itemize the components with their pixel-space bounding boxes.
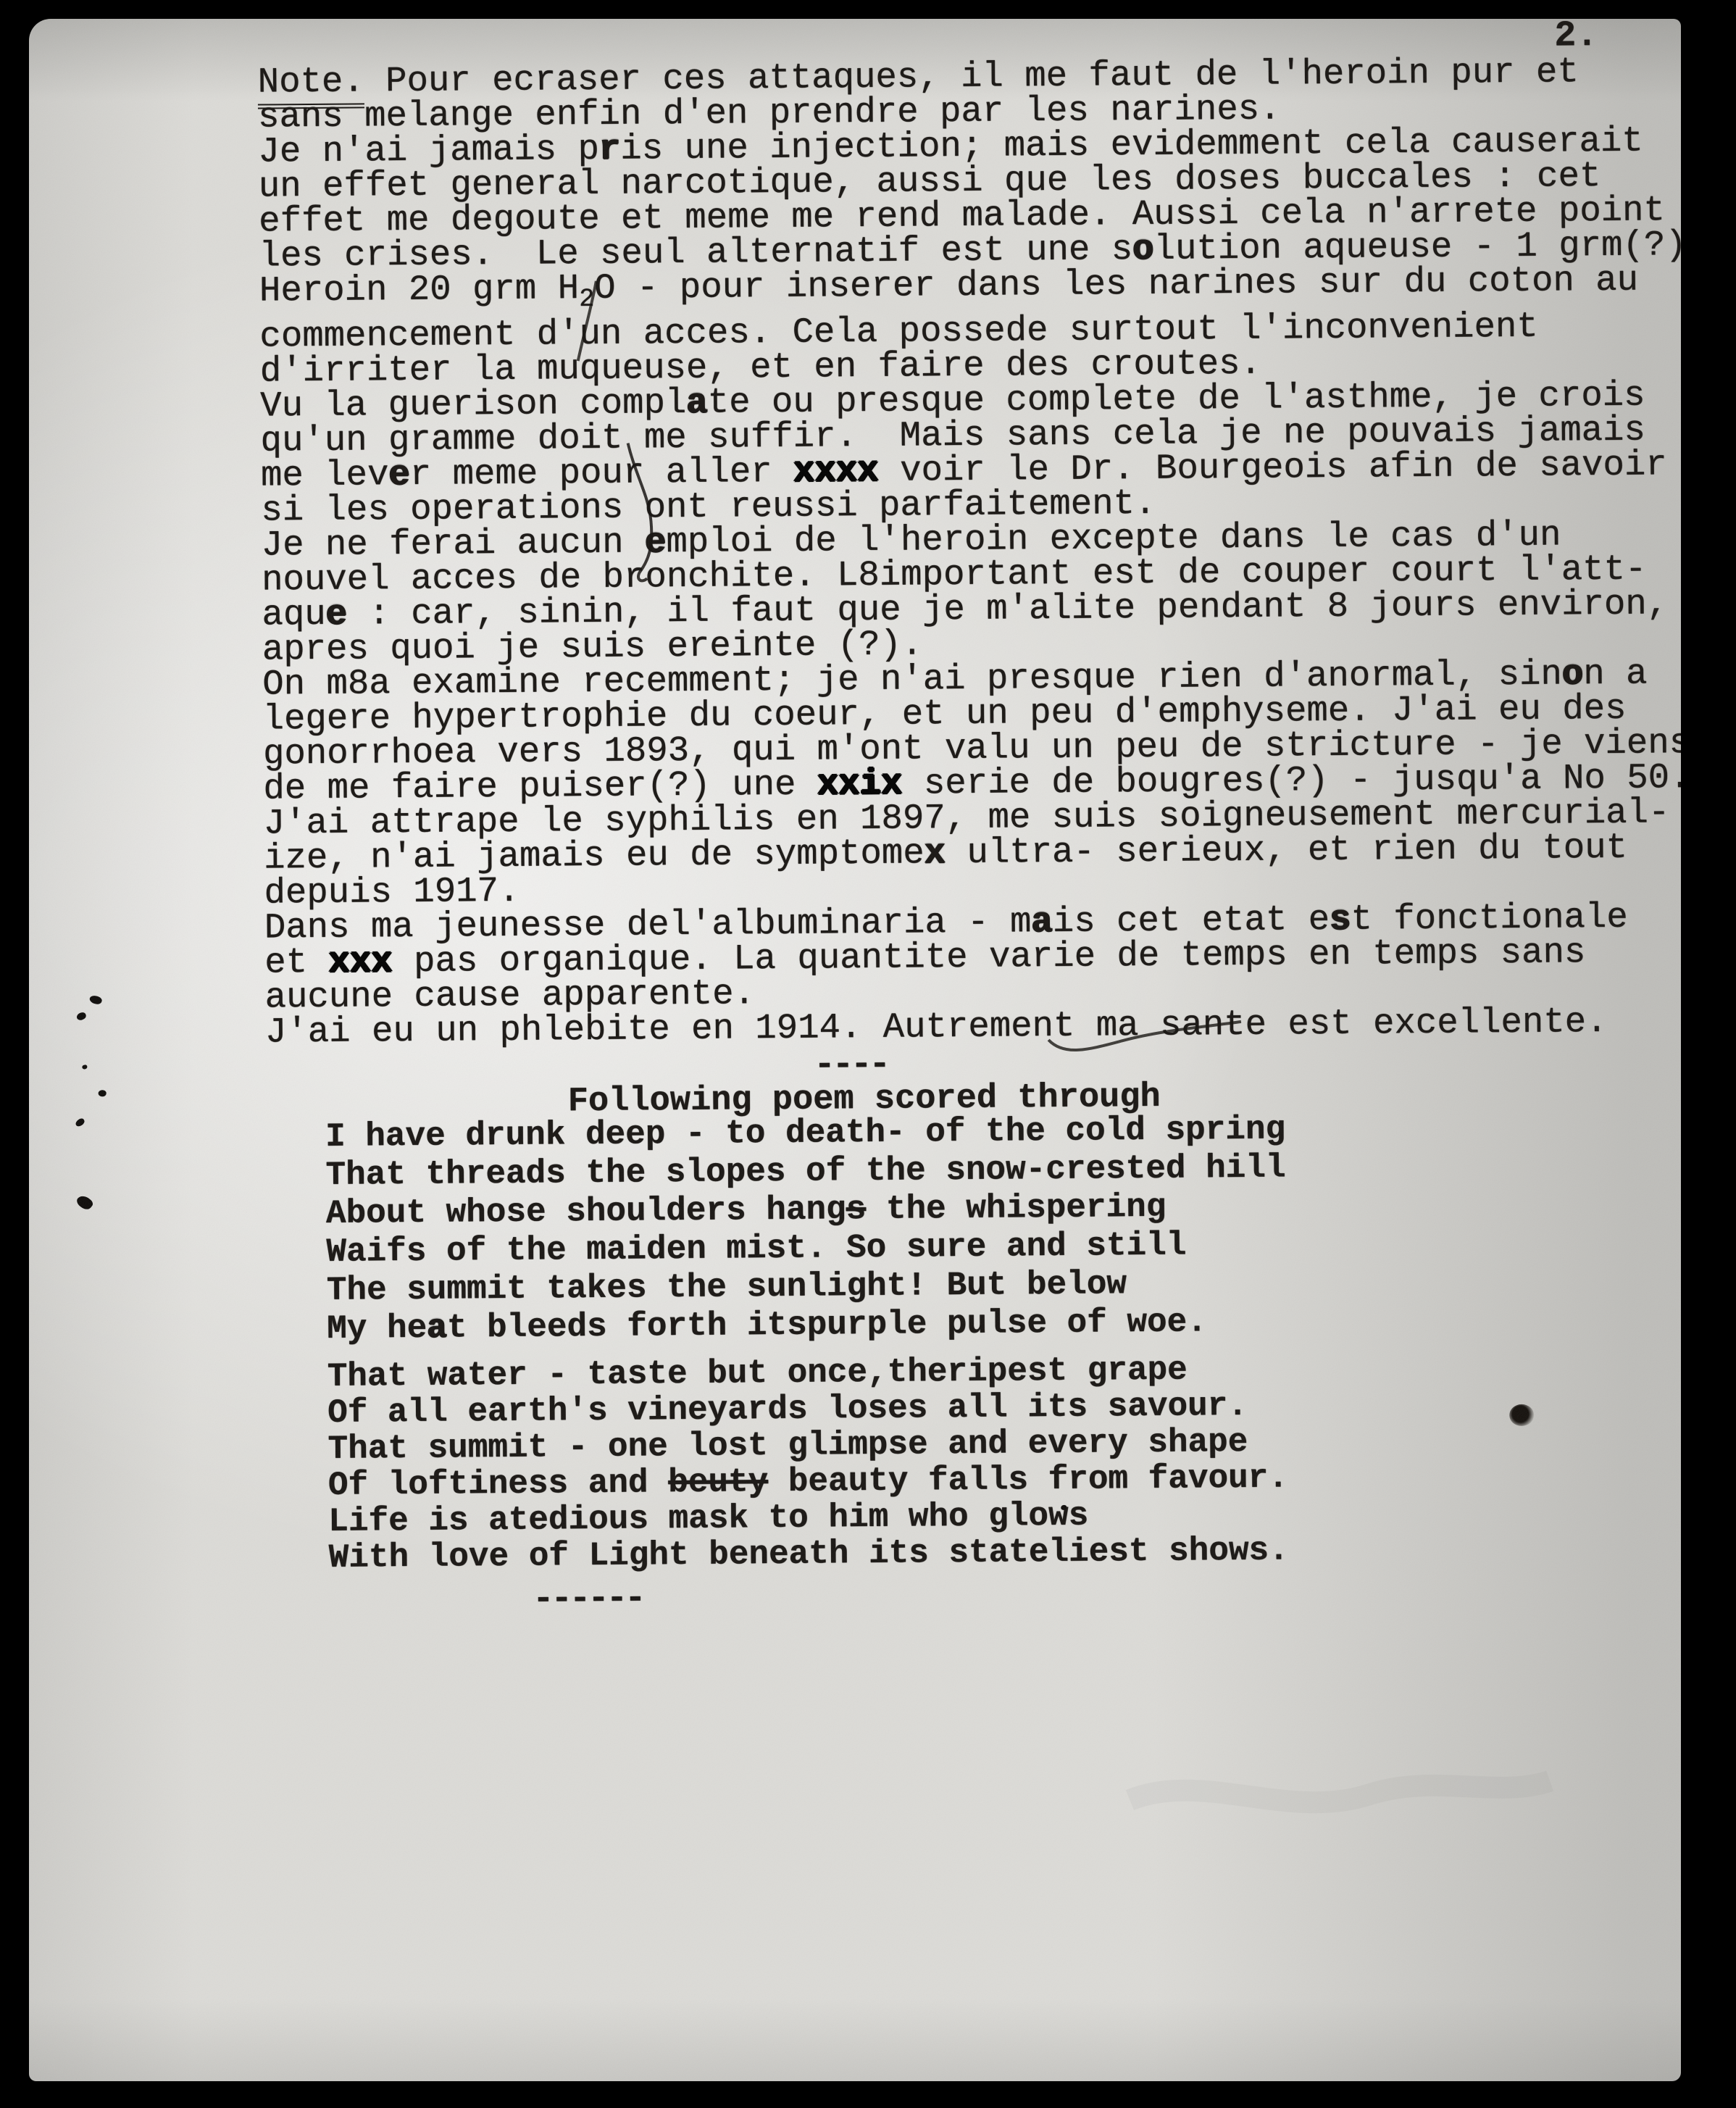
poem-stanza-2: That water - taste but once,theripest gr…: [327, 1351, 1289, 1575]
typed-segment: O - pour inserer dans les narines sur du…: [594, 260, 1638, 309]
typed-segment: the whispering: [866, 1188, 1166, 1228]
typed-segment-o: a: [427, 1309, 447, 1347]
ink-speck: [1061, 1505, 1067, 1510]
separator-dashes-top: ----: [814, 1044, 888, 1086]
typed-segment: About whose shoulders hang: [326, 1191, 846, 1233]
ghost-smudge: [1130, 1781, 1550, 1804]
typed-segment: est excellente.: [1266, 1001, 1608, 1045]
typed-line: Of loftiness and beuty beauty falls from…: [328, 1459, 1288, 1503]
typed-segment: Waifs of the maiden mist. So sure and st…: [326, 1227, 1186, 1271]
ink-speck: [98, 1089, 107, 1097]
typed-segment-st: beuty: [668, 1463, 768, 1501]
medical-notes-text: Note. Pour ecraser ces attaques, il me f…: [258, 54, 1681, 1049]
typed-line: Waifs of the maiden mist. So sure and st…: [326, 1225, 1286, 1271]
ink-speck: [82, 1065, 87, 1069]
typed-segment: My he: [327, 1309, 427, 1348]
typed-segment-sub: 2: [579, 285, 594, 314]
typed-segment: With love of Light beneath its statelies…: [328, 1531, 1288, 1576]
typed-segment: t bleeds forth itspurple pulse of woe.: [447, 1303, 1207, 1346]
typed-segment: The summit takes the sunlight! But below: [327, 1265, 1127, 1309]
typed-line: aque : car, sinin, il faut que je m'alit…: [262, 586, 1681, 632]
typed-segment: beauty falls from favour.: [768, 1459, 1288, 1501]
separator-dashes-bottom: ------: [533, 1578, 643, 1619]
typed-segment: That threads the slopes of the snow-cres…: [325, 1149, 1285, 1193]
typed-segment: J'ai eu un phlebite en 1914. Autrement: [265, 1005, 1096, 1052]
ink-speck: [75, 1117, 86, 1128]
typed-line: et xxx pas organique. La quantite varie …: [264, 934, 1681, 980]
typed-segment-w: ma sante: [1096, 1004, 1267, 1046]
document-page: 2. Note. Pour ecraser ces attaques, il m…: [29, 19, 1681, 2081]
typed-segment: I have drunk deep - to death- of the col…: [325, 1110, 1285, 1155]
ink-speck: [88, 994, 103, 1006]
typed-line: J'ai eu un phlebite en 1914. Autrement m…: [265, 1004, 1681, 1049]
typed-segment: Heroin 20 grm H: [259, 268, 580, 311]
page-content: 2. Note. Pour ecraser ces attaques, il m…: [29, 19, 1681, 2081]
typed-segment: Of loftiness and: [328, 1464, 669, 1504]
typed-line: ize, n'ai jamais eu de symptomex ultra- …: [264, 830, 1681, 875]
typed-segment-o: x: [924, 833, 946, 873]
typed-line: With love of Light beneath its statelies…: [328, 1532, 1288, 1575]
typed-segment: ultra- serieux, et rien du tout: [946, 828, 1627, 873]
typed-line: My heat bleeds forth itspurple pulse of …: [327, 1302, 1287, 1348]
ink-speck: [75, 1193, 94, 1212]
typed-segment-st: s: [846, 1191, 866, 1228]
ink-speck: [76, 1012, 87, 1021]
ink-blot: [1509, 1404, 1534, 1426]
scan-frame: 2. Note. Pour ecraser ces attaques, il m…: [0, 0, 1736, 2108]
poem-stanza-1: I have drunk deep - to death- of the col…: [325, 1110, 1287, 1348]
